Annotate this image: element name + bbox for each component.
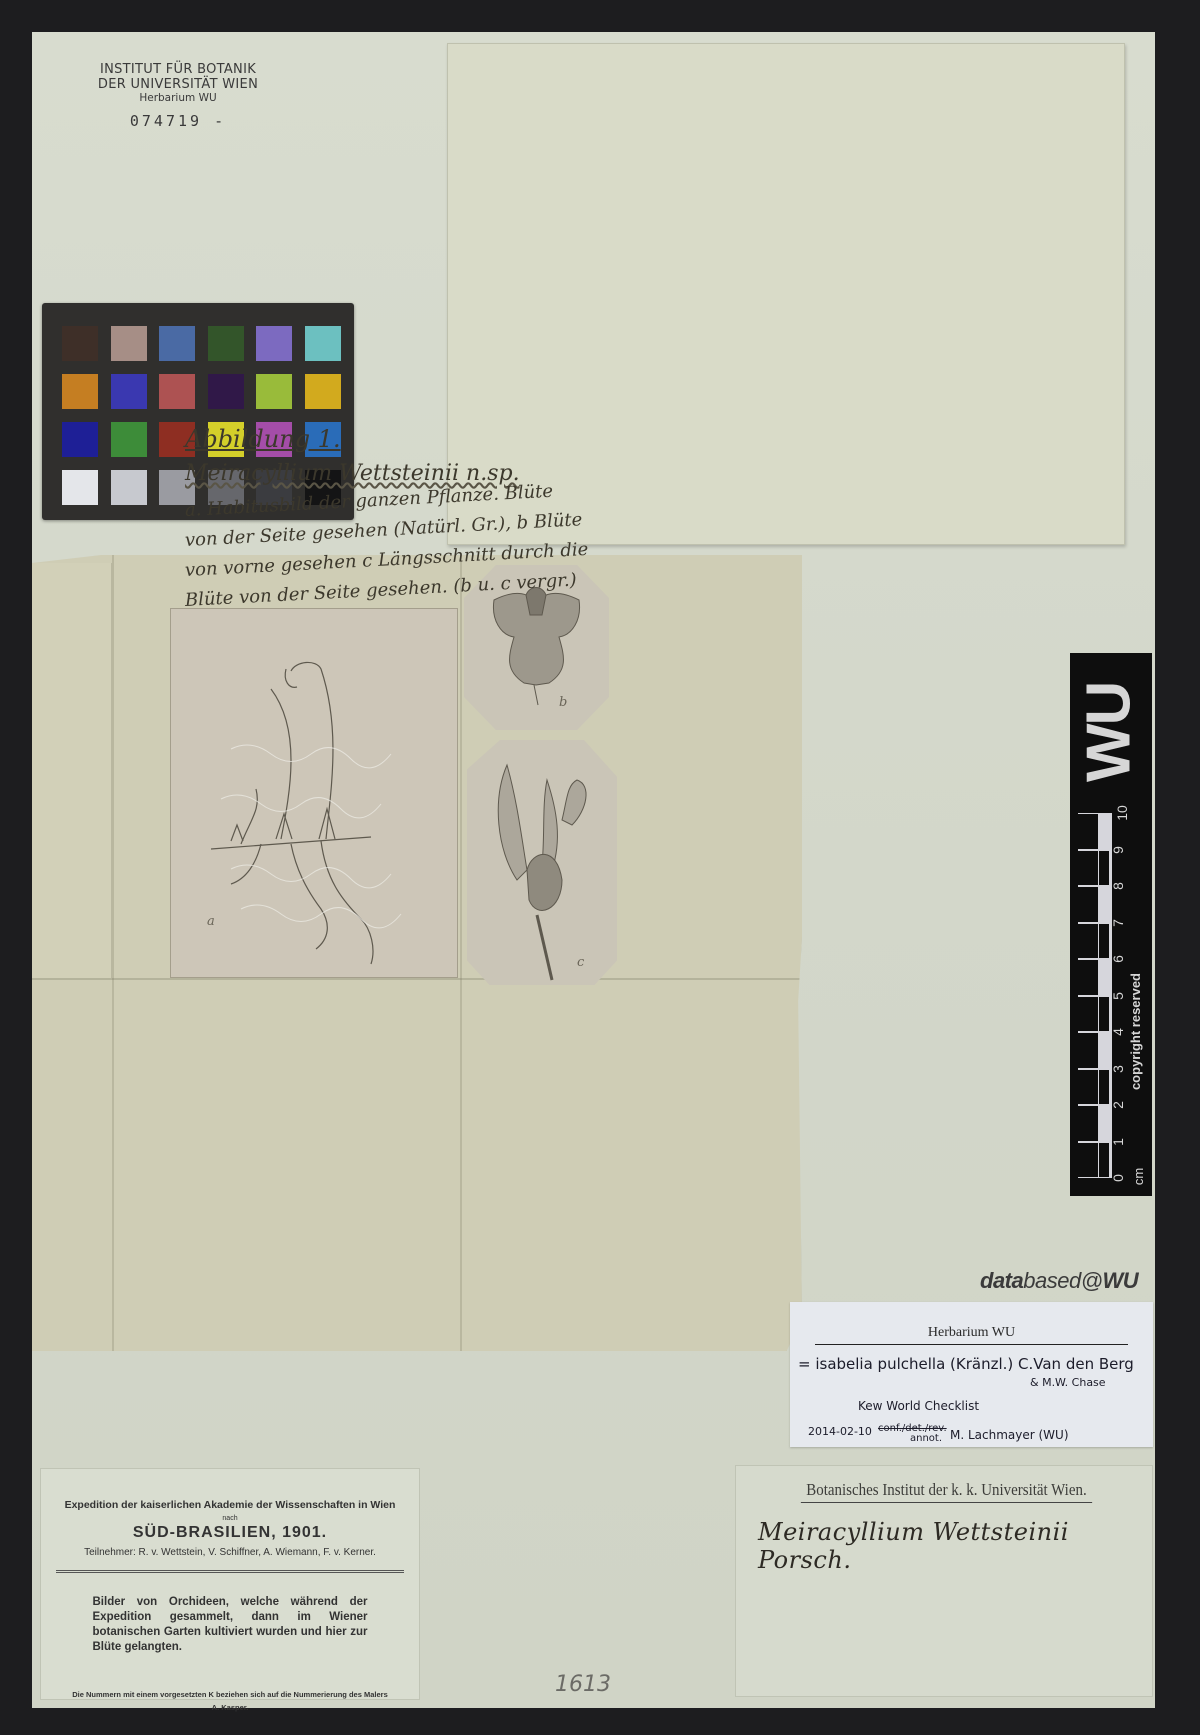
color-swatch — [256, 326, 292, 361]
scale-bar: WU 012345678910 copyright reserved cm — [1070, 653, 1152, 1196]
ruler-segment — [1078, 887, 1098, 922]
folded-drawing-sheet: a b c — [32, 555, 802, 1351]
copyright-text: copyright reserved — [1128, 973, 1143, 1090]
ruler-tick-label: 10 — [1114, 805, 1130, 821]
exp-footnote: Die Nummern mit einem vorgesetzten K bez… — [69, 1688, 391, 1714]
ruler-tick-label: 9 — [1110, 846, 1126, 854]
ruler-segment — [1078, 924, 1098, 959]
institute-stamp: INSTITUT FÜR BOTANIK DER UNIVERSITÄT WIE… — [88, 62, 268, 130]
ruler-tick-label: 8 — [1110, 882, 1126, 890]
ruler-tick-label: 1 — [1110, 1138, 1126, 1146]
wu-logo: WU — [1076, 665, 1142, 800]
exp-paragraph: Bilder von Orchideen, welche während der… — [93, 1595, 368, 1655]
habit-drawing-a: a — [170, 608, 458, 978]
databased-logo: databased@WU — [980, 1268, 1138, 1294]
databased-suffix: WU — [1103, 1268, 1139, 1293]
det-name-line-2: & M.W. Chase — [1030, 1376, 1106, 1389]
databased-prefix: data — [980, 1268, 1023, 1293]
exp-line-1: Expedition der kaiserlichen Akademie der… — [41, 1499, 419, 1511]
double-rule — [56, 1570, 404, 1573]
note-title: Abbildung 1. — [185, 425, 755, 453]
orchid-flower-section-icon — [467, 740, 617, 985]
inst-label-species: Meiracyllium Wettsteinii Porsch. — [758, 1518, 1152, 1574]
ruler — [1078, 813, 1112, 1178]
color-swatch — [62, 470, 98, 505]
exp-participants: Teilnehmer: R. v. Wettstein, V. Schiffne… — [41, 1547, 419, 1558]
ruler-tick-label: 5 — [1110, 992, 1126, 1000]
institute-label: Botanisches Institut der k. k. Universit… — [735, 1465, 1153, 1697]
det-annot: annot. — [910, 1433, 942, 1444]
ruler-tick-label: 6 — [1110, 955, 1126, 963]
ruler-tick-label: 3 — [1110, 1065, 1126, 1073]
det-annotator: M. Lachmayer (WU) — [950, 1428, 1069, 1442]
fold-crease — [460, 555, 462, 1351]
det-label-header: Herbarium WU — [815, 1325, 1128, 1345]
ruler-half-segment — [1099, 1143, 1109, 1178]
ruler-segment — [1078, 1106, 1098, 1141]
folder-flap — [32, 563, 112, 978]
color-swatch — [111, 422, 147, 457]
ruler-tick-label: 0 — [1110, 1174, 1126, 1182]
color-swatch — [208, 326, 244, 361]
color-swatch — [208, 374, 244, 409]
ruler-segment — [1078, 851, 1098, 886]
ruler-half-segment — [1099, 924, 1109, 959]
color-swatch — [62, 374, 98, 409]
det-source: Kew World Checklist — [858, 1399, 979, 1413]
inst-label-title: Botanisches Institut der k. k. Universit… — [801, 1480, 1092, 1503]
stamp-line-3: Herbarium WU — [88, 92, 268, 105]
flower-section-drawing-c: c — [467, 740, 617, 985]
handwritten-description: Abbildung 1. Meiracyllium Wettsteinii n.… — [185, 425, 755, 616]
color-swatch — [159, 326, 195, 361]
figure-label-a: a — [207, 914, 215, 929]
color-swatch — [111, 326, 147, 361]
det-date: 2014-02-10 — [808, 1425, 872, 1438]
ruler-half-segment — [1099, 997, 1109, 1032]
ruler-segment — [1078, 1143, 1098, 1178]
stamp-line-1: INSTITUT FÜR BOTANIK — [88, 62, 268, 77]
fold-crease — [112, 555, 114, 1351]
expedition-label: Expedition der kaiserlichen Akademie der… — [40, 1468, 420, 1700]
ruler-tick-label: 2 — [1110, 1101, 1126, 1109]
color-swatch — [111, 374, 147, 409]
ruler-half-segment — [1099, 1070, 1109, 1105]
color-swatch — [305, 326, 341, 361]
color-swatch — [305, 374, 341, 409]
exp-title: SÜD-BRASILIEN, 1901. — [41, 1524, 419, 1542]
databased-middle: based@ — [1023, 1268, 1102, 1293]
det-name-line-1: = isabelia pulchella (Kränzl.) C.Van den… — [798, 1355, 1134, 1373]
color-swatch — [256, 374, 292, 409]
ruler-segment — [1078, 1033, 1098, 1068]
determination-label: Herbarium WU = isabelia pulchella (Kränz… — [790, 1302, 1153, 1447]
color-swatch — [62, 326, 98, 361]
barcode-number: 074719 - — [88, 112, 268, 130]
color-swatch — [62, 422, 98, 457]
figure-label-b: b — [559, 695, 567, 710]
ruler-segment — [1078, 1070, 1098, 1105]
stamp-line-2: DER UNIVERSITÄT WIEN — [88, 77, 268, 92]
color-swatch — [159, 374, 195, 409]
ruler-segment — [1078, 814, 1098, 849]
ruler-segment — [1078, 960, 1098, 995]
unit-label: cm — [1131, 1168, 1146, 1185]
sheet-number: 1613 — [555, 1672, 611, 1697]
ruler-half-segment — [1099, 851, 1109, 886]
figure-label-c: c — [577, 955, 584, 970]
ruler-segment — [1078, 997, 1098, 1032]
ruler-tick-label: 4 — [1110, 1028, 1126, 1036]
color-swatch — [111, 470, 147, 505]
exp-line-2: nach — [41, 1515, 419, 1522]
ruler-tick-label: 7 — [1110, 919, 1126, 927]
